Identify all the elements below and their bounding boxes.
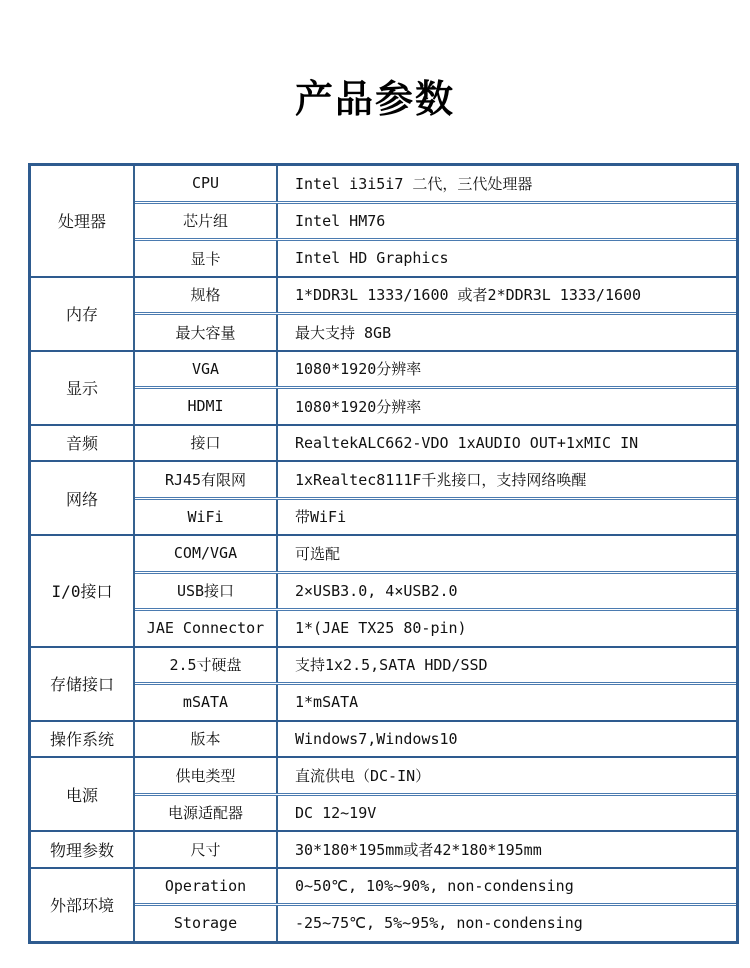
spec-group: I/0接口 COM/VGA 可选配 USB接口 2×USB3.0, 4×USB2…	[31, 536, 736, 648]
spec-key-cell: 供电类型	[135, 758, 278, 793]
category-label: 操作系统	[50, 727, 114, 750]
category-label: 处理器	[58, 209, 106, 232]
spec-key-cell: JAE Connector	[135, 611, 278, 646]
spec-value-cell: 1xRealtec8111F千兆接口，支持网络唤醒	[278, 462, 736, 497]
spec-row: HDMI 1080*1920分辨率	[135, 389, 736, 424]
spec-key-cell: Operation	[135, 869, 278, 904]
spec-row: VGA 1080*1920分辨率	[135, 352, 736, 390]
category-cell: 网络	[31, 462, 135, 534]
category-label: 外部环境	[50, 893, 114, 916]
spec-key-cell: 显卡	[135, 241, 278, 276]
spec-key: Operation	[165, 877, 246, 895]
spec-value-cell: 1*(JAE TX25 80-pin)	[278, 611, 736, 646]
spec-key-cell: WiFi	[135, 500, 278, 535]
spec-value: Intel HD Graphics	[295, 249, 449, 267]
spec-group: 内存 规格 1*DDR3L 1333/1600 或者2*DDR3L 1333/1…	[31, 278, 736, 352]
group-rows: Operation 0~50℃, 10%~90%, non-condensing…	[135, 869, 736, 941]
spec-value-cell: 1080*1920分辨率	[278, 352, 736, 387]
spec-value: Intel i3i5i7 二代，三代处理器	[295, 173, 532, 194]
spec-key: 规格	[190, 284, 220, 305]
spec-key: USB接口	[177, 580, 234, 601]
spec-value-cell: 1*DDR3L 1333/1600 或者2*DDR3L 1333/1600	[278, 278, 736, 313]
category-label: 音频	[66, 431, 98, 454]
spec-value-cell: RealtekALC662-VDO 1xAUDIO OUT+1xMIC IN	[278, 426, 736, 461]
spec-value-cell: Intel i3i5i7 二代，三代处理器	[278, 166, 736, 201]
spec-value: 1*mSATA	[295, 693, 358, 711]
spec-key: JAE Connector	[147, 619, 264, 637]
spec-value-cell: 直流供电（DC-IN）	[278, 758, 736, 793]
group-rows: RJ45有限网 1xRealtec8111F千兆接口，支持网络唤醒 WiFi 带…	[135, 462, 736, 534]
spec-value-cell: -25~75℃, 5%~95%, non-condensing	[278, 906, 736, 941]
spec-value-cell: 最大支持 8GB	[278, 315, 736, 350]
page-title: 产品参数	[0, 68, 750, 123]
spec-table: 处理器 CPU Intel i3i5i7 二代，三代处理器 芯片组 Intel …	[28, 163, 739, 944]
spec-value: Windows7,Windows10	[295, 730, 458, 748]
spec-key: 2.5寸硬盘	[169, 654, 241, 675]
category-label: 物理参数	[50, 838, 114, 861]
group-rows: 2.5寸硬盘 支持1x2.5,SATA HDD/SSD mSATA 1*mSAT…	[135, 648, 736, 720]
category-label: I/0接口	[52, 579, 113, 602]
spec-row: 接口 RealtekALC662-VDO 1xAUDIO OUT+1xMIC I…	[135, 426, 736, 461]
spec-value: 最大支持 8GB	[295, 322, 391, 343]
spec-value: 可选配	[295, 543, 340, 564]
category-cell: 内存	[31, 278, 135, 350]
category-label: 显示	[66, 376, 98, 399]
spec-row: RJ45有限网 1xRealtec8111F千兆接口，支持网络唤醒	[135, 462, 736, 500]
spec-value-cell: Windows7,Windows10	[278, 722, 736, 757]
spec-row: Operation 0~50℃, 10%~90%, non-condensing	[135, 869, 736, 907]
category-label: 电源	[66, 783, 98, 806]
spec-row: JAE Connector 1*(JAE TX25 80-pin)	[135, 611, 736, 646]
spec-key: 最大容量	[175, 322, 235, 343]
spec-key: 尺寸	[190, 839, 220, 860]
spec-row: 规格 1*DDR3L 1333/1600 或者2*DDR3L 1333/1600	[135, 278, 736, 316]
group-rows: CPU Intel i3i5i7 二代，三代处理器 芯片组 Intel HM76…	[135, 166, 736, 276]
spec-key-cell: Storage	[135, 906, 278, 941]
spec-row: USB接口 2×USB3.0, 4×USB2.0	[135, 574, 736, 612]
spec-value-cell: Intel HD Graphics	[278, 241, 736, 276]
spec-group: 网络 RJ45有限网 1xRealtec8111F千兆接口，支持网络唤醒 WiF…	[31, 462, 736, 536]
spec-value: 支持1x2.5,SATA HDD/SSD	[295, 654, 488, 675]
spec-key-cell: USB接口	[135, 574, 278, 609]
spec-value-cell: 可选配	[278, 536, 736, 571]
category-cell: 显示	[31, 352, 135, 424]
spec-key-cell: COM/VGA	[135, 536, 278, 571]
spec-value-cell: 支持1x2.5,SATA HDD/SSD	[278, 648, 736, 683]
spec-value-cell: 2×USB3.0, 4×USB2.0	[278, 574, 736, 609]
spec-key: CPU	[192, 174, 219, 192]
group-rows: 供电类型 直流供电（DC-IN） 电源适配器 DC 12~19V	[135, 758, 736, 830]
spec-value: Intel HM76	[295, 212, 385, 230]
spec-key: RJ45有限网	[165, 469, 246, 490]
spec-table-body: 处理器 CPU Intel i3i5i7 二代，三代处理器 芯片组 Intel …	[31, 166, 736, 941]
spec-group: 物理参数 尺寸 30*180*195mm或者42*180*195mm	[31, 832, 736, 869]
category-cell: 处理器	[31, 166, 135, 276]
group-rows: 接口 RealtekALC662-VDO 1xAUDIO OUT+1xMIC I…	[135, 426, 736, 461]
spec-row: COM/VGA 可选配	[135, 536, 736, 574]
spec-group: 电源 供电类型 直流供电（DC-IN） 电源适配器 DC 12~19V	[31, 758, 736, 832]
spec-value: -25~75℃, 5%~95%, non-condensing	[295, 914, 583, 932]
spec-value-cell: 1*mSATA	[278, 685, 736, 720]
spec-row: 最大容量 最大支持 8GB	[135, 315, 736, 350]
spec-value-cell: 0~50℃, 10%~90%, non-condensing	[278, 869, 736, 904]
spec-group: 外部环境 Operation 0~50℃, 10%~90%, non-conde…	[31, 869, 736, 941]
spec-value-cell: DC 12~19V	[278, 796, 736, 831]
spec-row: 2.5寸硬盘 支持1x2.5,SATA HDD/SSD	[135, 648, 736, 686]
spec-key: mSATA	[183, 693, 228, 711]
spec-value: 1080*1920分辨率	[295, 358, 421, 379]
category-cell: 物理参数	[31, 832, 135, 867]
spec-value: 1*(JAE TX25 80-pin)	[295, 619, 467, 637]
spec-row: CPU Intel i3i5i7 二代，三代处理器	[135, 166, 736, 204]
spec-value: 直流供电（DC-IN）	[295, 765, 430, 786]
category-cell: 电源	[31, 758, 135, 830]
spec-value-cell: 30*180*195mm或者42*180*195mm	[278, 832, 736, 867]
group-rows: 规格 1*DDR3L 1333/1600 或者2*DDR3L 1333/1600…	[135, 278, 736, 350]
group-rows: COM/VGA 可选配 USB接口 2×USB3.0, 4×USB2.0 JAE…	[135, 536, 736, 646]
category-cell: 外部环境	[31, 869, 135, 941]
spec-key-cell: 接口	[135, 426, 278, 461]
category-cell: 操作系统	[31, 722, 135, 757]
spec-value-cell: 带WiFi	[278, 500, 736, 535]
spec-key: 接口	[190, 432, 220, 453]
spec-key: COM/VGA	[174, 544, 237, 562]
spec-row: 电源适配器 DC 12~19V	[135, 796, 736, 831]
category-label: 网络	[66, 487, 98, 510]
category-cell: 存储接口	[31, 648, 135, 720]
spec-row: mSATA 1*mSATA	[135, 685, 736, 720]
category-cell: I/0接口	[31, 536, 135, 646]
spec-group: 操作系统 版本 Windows7,Windows10	[31, 722, 736, 759]
spec-value: RealtekALC662-VDO 1xAUDIO OUT+1xMIC IN	[295, 434, 638, 452]
spec-key-cell: 版本	[135, 722, 278, 757]
spec-row: 供电类型 直流供电（DC-IN）	[135, 758, 736, 796]
spec-key-cell: RJ45有限网	[135, 462, 278, 497]
spec-value-cell: Intel HM76	[278, 204, 736, 239]
spec-key: VGA	[192, 360, 219, 378]
spec-key-cell: 尺寸	[135, 832, 278, 867]
category-label: 存储接口	[50, 672, 114, 695]
spec-row: 尺寸 30*180*195mm或者42*180*195mm	[135, 832, 736, 867]
spec-row: 芯片组 Intel HM76	[135, 204, 736, 242]
spec-key: Storage	[174, 914, 237, 932]
spec-key-cell: 芯片组	[135, 204, 278, 239]
category-cell: 音频	[31, 426, 135, 461]
spec-row: Storage -25~75℃, 5%~95%, non-condensing	[135, 906, 736, 941]
spec-key-cell: VGA	[135, 352, 278, 387]
spec-group: 处理器 CPU Intel i3i5i7 二代，三代处理器 芯片组 Intel …	[31, 166, 736, 278]
spec-row: 显卡 Intel HD Graphics	[135, 241, 736, 276]
spec-key-cell: mSATA	[135, 685, 278, 720]
spec-group: 显示 VGA 1080*1920分辨率 HDMI 1080*1920分辨率	[31, 352, 736, 426]
spec-value: 1080*1920分辨率	[295, 396, 421, 417]
spec-value: DC 12~19V	[295, 804, 376, 822]
spec-value: 0~50℃, 10%~90%, non-condensing	[295, 877, 574, 895]
spec-row: WiFi 带WiFi	[135, 500, 736, 535]
spec-value: 1xRealtec8111F千兆接口，支持网络唤醒	[295, 469, 586, 490]
spec-value: 带WiFi	[295, 506, 346, 527]
spec-key: WiFi	[187, 508, 223, 526]
spec-group: 音频 接口 RealtekALC662-VDO 1xAUDIO OUT+1xMI…	[31, 426, 736, 463]
spec-key: 供电类型	[175, 765, 235, 786]
group-rows: VGA 1080*1920分辨率 HDMI 1080*1920分辨率	[135, 352, 736, 424]
spec-value: 30*180*195mm或者42*180*195mm	[295, 839, 542, 860]
spec-group: 存储接口 2.5寸硬盘 支持1x2.5,SATA HDD/SSD mSATA 1…	[31, 648, 736, 722]
spec-key: 电源适配器	[168, 802, 243, 823]
spec-key-cell: 2.5寸硬盘	[135, 648, 278, 683]
spec-key-cell: HDMI	[135, 389, 278, 424]
spec-key: HDMI	[187, 397, 223, 415]
group-rows: 版本 Windows7,Windows10	[135, 722, 736, 757]
spec-value: 2×USB3.0, 4×USB2.0	[295, 582, 458, 600]
category-label: 内存	[66, 302, 98, 325]
spec-key-cell: CPU	[135, 166, 278, 201]
spec-key: 版本	[190, 728, 220, 749]
spec-key: 芯片组	[183, 210, 228, 231]
spec-value-cell: 1080*1920分辨率	[278, 389, 736, 424]
spec-row: 版本 Windows7,Windows10	[135, 722, 736, 757]
spec-key-cell: 规格	[135, 278, 278, 313]
group-rows: 尺寸 30*180*195mm或者42*180*195mm	[135, 832, 736, 867]
spec-value: 1*DDR3L 1333/1600 或者2*DDR3L 1333/1600	[295, 284, 641, 305]
spec-key-cell: 电源适配器	[135, 796, 278, 831]
spec-key: 显卡	[190, 248, 220, 269]
spec-key-cell: 最大容量	[135, 315, 278, 350]
